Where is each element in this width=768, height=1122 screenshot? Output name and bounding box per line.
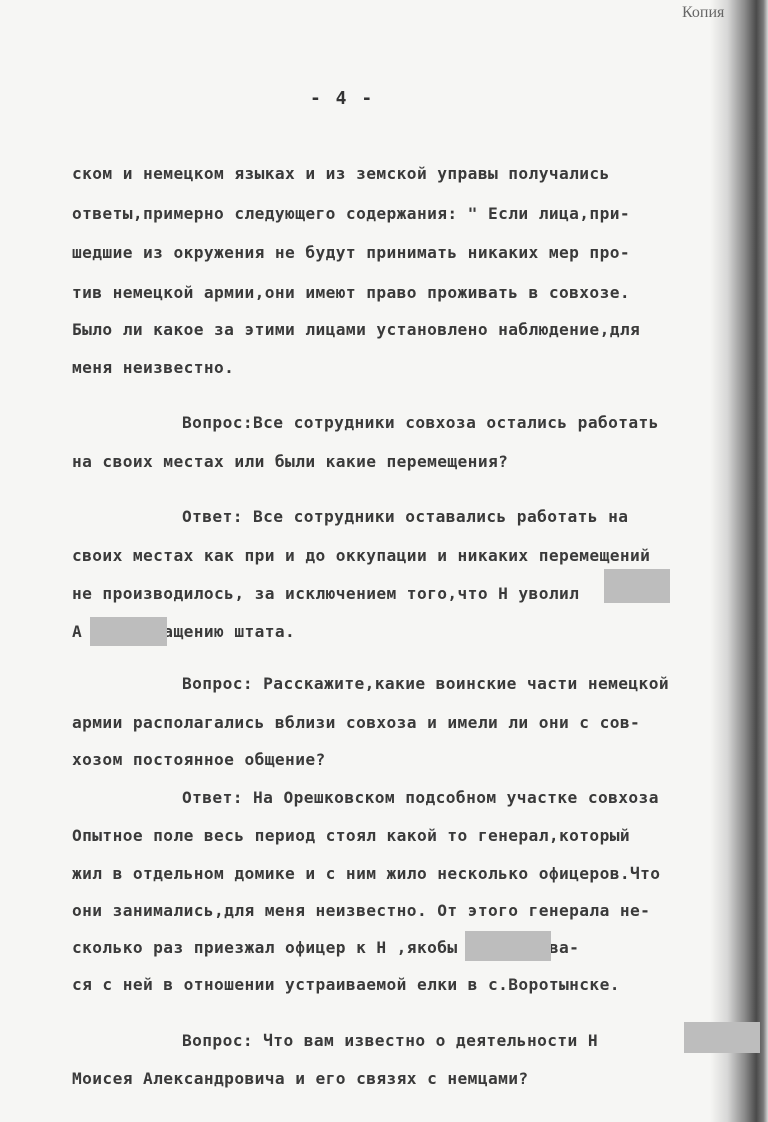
question-line: Вопрос:Все сотрудники совхоза остались р… xyxy=(182,413,659,432)
text-line: Опытное поле весь период стоял какой то … xyxy=(72,826,630,845)
redaction-box xyxy=(465,931,551,961)
text-line: тив немецкой армии,они имеют право прожи… xyxy=(72,283,630,302)
page-number: - 4 - xyxy=(310,88,374,109)
copy-stamp: Копия xyxy=(682,4,724,22)
text-line: хозом постоянное общение? xyxy=(72,750,326,769)
question-line: Вопрос: Расскажите,какие воинские части … xyxy=(182,674,669,693)
text-line: жил в отдельном домике и с ним жило неск… xyxy=(72,864,660,883)
text-line: на своих местах или были какие перемещен… xyxy=(72,452,508,471)
text-line: ответы,примерно следующего содержания: "… xyxy=(72,204,630,223)
text-line: меня неизвестно. xyxy=(72,358,234,377)
answer-line: Ответ: На Орешковском подсобном участке … xyxy=(182,788,659,807)
redaction-box xyxy=(90,617,167,646)
answer-line: Ответ: Все сотрудники оставались работат… xyxy=(182,507,628,526)
document-page: Копия - 4 - ском и немецком языках и из … xyxy=(0,0,768,1122)
text-line: шедшие из окружения не будут принимать н… xyxy=(72,243,630,262)
text-line: своих местах как при и до оккупации и ни… xyxy=(72,546,650,565)
text-line: армии располагались вблизи совхоза и име… xyxy=(72,713,640,732)
question-line: Вопрос: Что вам известно о деятельности … xyxy=(182,1031,598,1050)
text-line: Моисея Александровича и его связях с нем… xyxy=(72,1069,529,1088)
scan-edge-shadow xyxy=(710,0,768,1122)
text-line: Было ли какое за этими лицами установлен… xyxy=(72,320,640,339)
redaction-box xyxy=(604,569,670,603)
text-line: ском и немецком языках и из земской упра… xyxy=(72,164,610,183)
text-line: они занимались,для меня неизвестно. От э… xyxy=(72,901,650,920)
text-line: ся с ней в отношении устраиваемой елки в… xyxy=(72,975,620,994)
redaction-box xyxy=(684,1022,760,1053)
text-line: не производилось, за исключением того,чт… xyxy=(72,584,579,603)
